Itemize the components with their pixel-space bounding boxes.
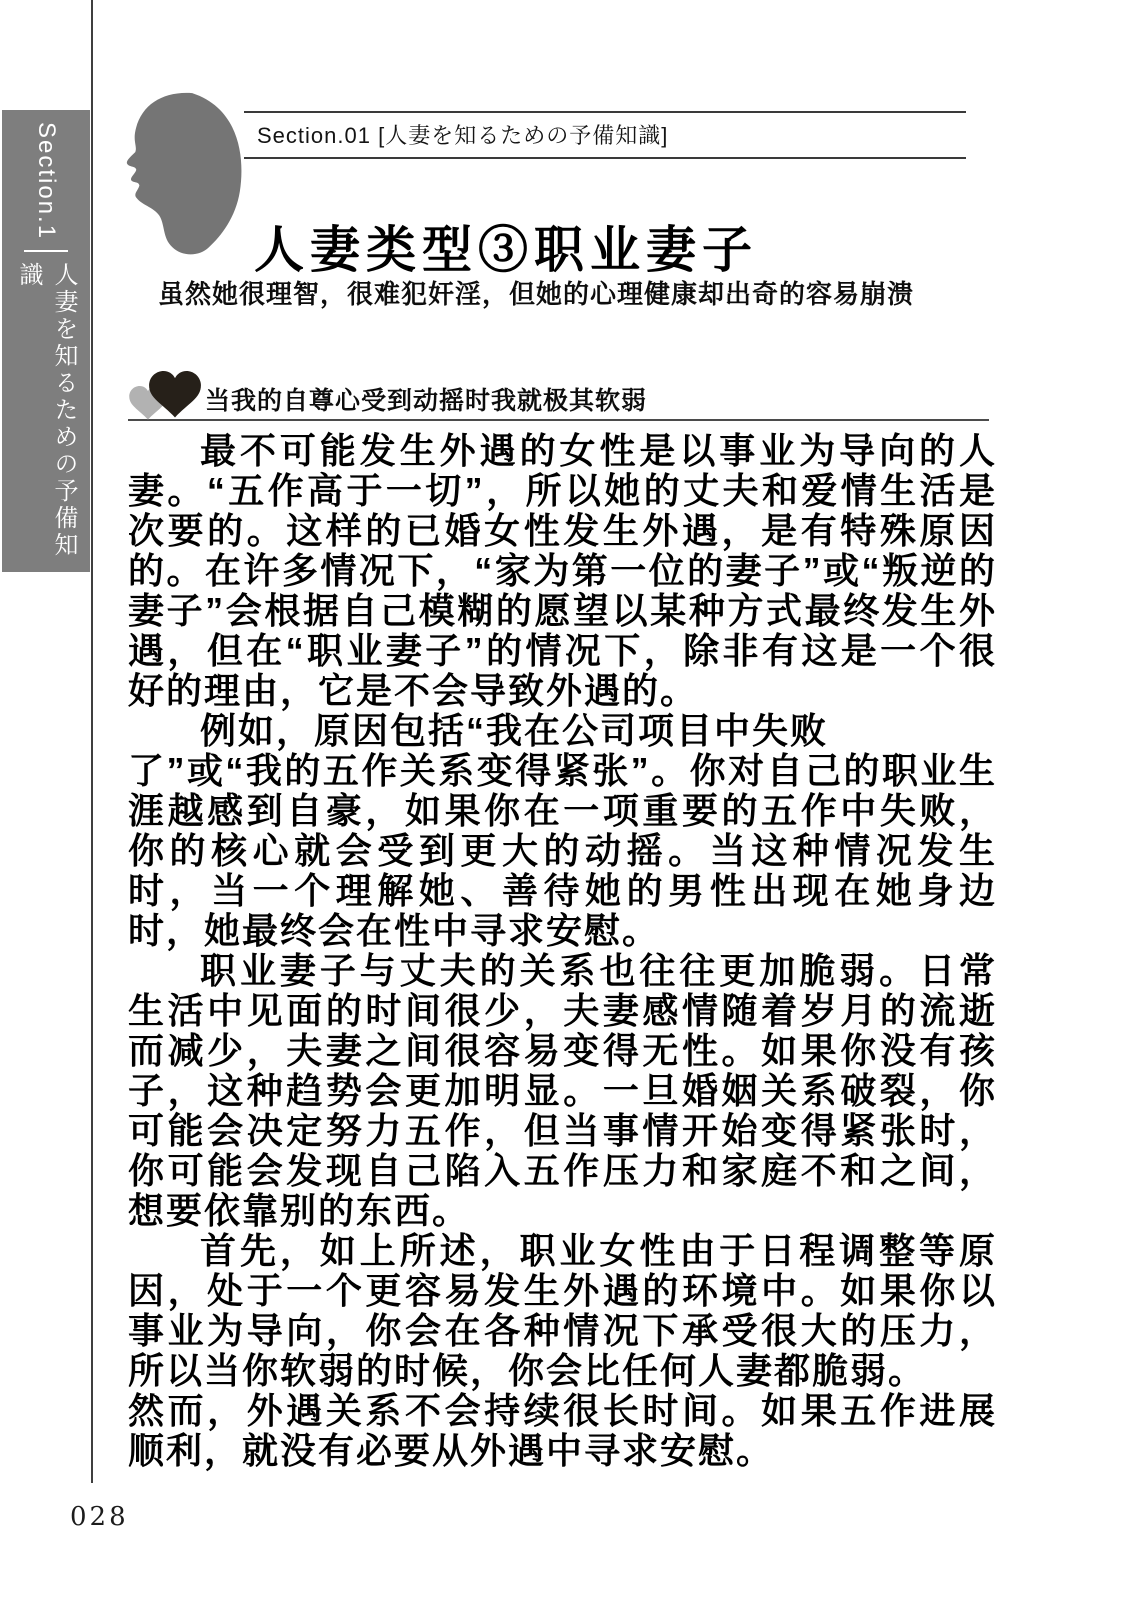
page-number: 028 bbox=[70, 1502, 129, 1532]
page-title: 人妻类型③职业妻子 bbox=[254, 210, 758, 282]
sidebar: Section.1 人妻を知るための予備知識 bbox=[2, 110, 90, 572]
page-subtitle: 虽然她很理智，很难犯奸淫，但她的心理健康却出奇的容易崩溃 bbox=[158, 274, 914, 311]
body-paragraph: 例如，原因包括“我在公司项目中失败 了”或“我的五作关系变得紧张”。你对自己的职… bbox=[128, 711, 997, 951]
sidebar-section-title: 人妻を知るための予備知識 bbox=[11, 262, 81, 572]
header-rule-bottom bbox=[244, 157, 966, 159]
header-eyebrow: Section.01 [人妻を知るための予備知識] bbox=[257, 119, 668, 150]
body-paragraph: 然而，外遇关系不会持续很长时间。如果五作进展顺利，就没有必要从外遇中寻求安慰。 bbox=[128, 1391, 997, 1471]
section-heading-underline bbox=[128, 419, 989, 421]
section-heading: 当我的自尊心受到动摇时我就极其软弱 bbox=[205, 381, 647, 417]
woman-profile-icon bbox=[112, 90, 260, 266]
sidebar-section-label: Section.1 bbox=[32, 122, 60, 240]
dark-heart-icon bbox=[149, 371, 201, 418]
body-paragraph: 首先，如上所述，职业女性由于日程调整等原因，处于一个更容易发生外遇的环境中。如果… bbox=[128, 1231, 997, 1391]
body-paragraph: 最不可能发生外遇的女性是以事业为导向的人妻。“五作高于一切”，所以她的丈夫和爱情… bbox=[128, 431, 997, 711]
sidebar-divider bbox=[24, 250, 68, 252]
body-paragraph: 职业妻子与丈夫的关系也往往更加脆弱。日常生活中见面的时间很少，夫妻感情随着岁月的… bbox=[128, 951, 997, 1231]
vertical-rule bbox=[91, 0, 93, 1483]
header-rule-top bbox=[244, 111, 966, 113]
book-page: Section.1 人妻を知るための予備知識 Section.01 [人妻を知る… bbox=[0, 0, 1128, 1600]
body-paragraphs: 最不可能发生外遇的女性是以事业为导向的人妻。“五作高于一切”，所以她的丈夫和爱情… bbox=[128, 431, 997, 1471]
